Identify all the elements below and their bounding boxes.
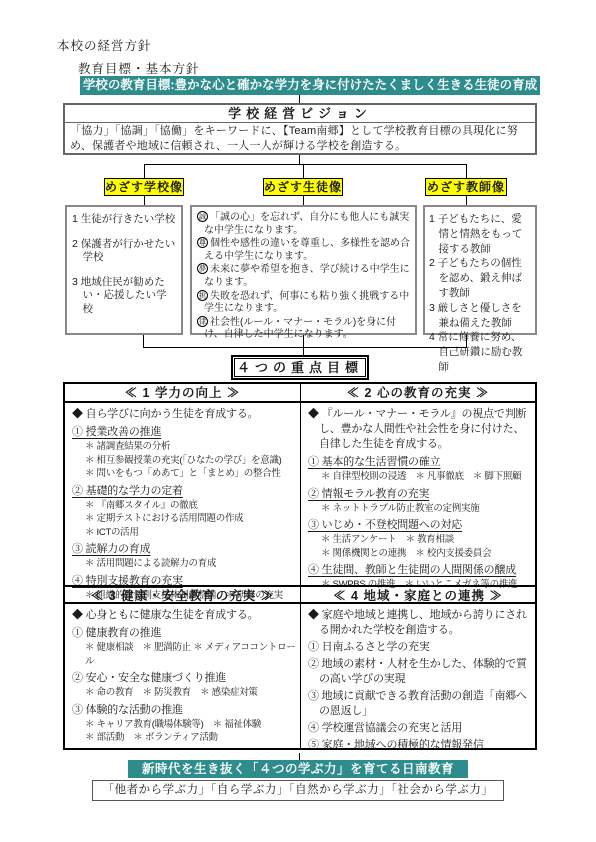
tag-school-image: めざす学校像 xyxy=(104,178,184,196)
goal-group: ③ 体験的な活動の推進 ＊ キャリア教育(職場体験等) ＊ 福祉体験 ＊ 部活動… xyxy=(72,703,296,745)
connector-line xyxy=(466,164,467,178)
goal-group-title: ② 情報モラル教育の充実 xyxy=(308,487,531,502)
goal-item: ② 地域の素材・人材を生かした、体験的で質の高い学びの実現 xyxy=(308,657,531,687)
goal-group: ① 健康教育の推進 ＊ 健康相談 ＊ 肥満防止 ＊ メディアココントロール xyxy=(72,626,296,668)
connector-line xyxy=(144,164,466,165)
connector-line xyxy=(303,196,304,205)
quadrant-4-community: ◆ 家庭や地域と連携し、地域から誇りにされる開かれた学校を創造する。 ① 日南ふ… xyxy=(300,604,535,748)
vision-body: 「協力」「協調」「協働」をキーワードに、【Team南郷】として学校教育目標の具現… xyxy=(65,123,535,155)
goal-sub-item: ＊ ICTの活用 xyxy=(72,526,296,540)
connector-line xyxy=(143,335,144,347)
goal-sub-item: ＊ 相互参観授業の充実(「ひなたの学び」を意識) xyxy=(72,454,296,468)
quadrant-lead: ◆ 家庭や地域と連携し、地域から誇りにされる開かれた学校を創造する。 xyxy=(308,608,531,638)
goal-sub-item: ＊ 健康相談 ＊ 肥満防止 ＊ メディアココントロール xyxy=(72,641,296,668)
goal-group-title: ③ いじめ・不登校問題への対応 xyxy=(308,518,531,533)
teacher-item: 3 厳しさと優しさを兼ね備えた教師 xyxy=(429,301,531,331)
goal-sub-item: ＊ 部活動 ＊ ボランティア活動 xyxy=(72,731,296,745)
student-item-text: 「誠の心」を忘れず、自分にも他人にも誠実な中学生になります。 xyxy=(204,212,409,236)
goal-item: ⑤ 家庭・地域への積極的な情報発信 xyxy=(308,738,531,753)
tag-teacher-image: めざす教師像 xyxy=(425,178,507,196)
student-item: 挑失敗を恐れず、何事にも粘り強く挑戦する中学生になります。 xyxy=(197,290,410,316)
goal-group: ③ いじめ・不登校問題への対応 ＊ 生活アンケート ＊ 教育相談 ＊ 関係機関と… xyxy=(308,518,531,560)
goal-sub-item: ＊ 定期テストにおける活用問題の作成 xyxy=(72,512,296,526)
quadrant-1-academic: ◆ 自ら学びに向かう生徒を育成する。 ① 授業改善の推進 ＊ 諸調査結果の分析 … xyxy=(65,403,300,585)
goal-sub-item: ＊ 自律型校則の浸透 ＊ 凡事徹底 ＊ 脚下照顧 xyxy=(308,470,531,484)
school-image-box: 1 生徒が行きたい学校 2 保護者が行かせたい学校 3 地域住民が勧めたい・応援… xyxy=(65,205,183,335)
student-item-text: 未来に夢や希望を抱き、学び続ける中学生になります。 xyxy=(204,264,410,288)
goal-sub-item: ＊ 諸調査結果の分析 xyxy=(72,440,296,454)
connector-line xyxy=(466,196,467,205)
doc-subtitle: 教育目標・基本方針 xyxy=(78,59,200,77)
teacher-image-box: 1 子どもたちに、愛情と情熱をもって接する教師 2 子どもたちの個性を認め、鍛え… xyxy=(423,205,537,335)
teacher-item: 2 子どもたちの個性を認め、鍛え伸ばす教師 xyxy=(429,256,531,300)
goal-group-title: ① 健康教育の推進 xyxy=(72,626,296,641)
policy-document-page: 本校の経営方針 教育目標・基本方針 学校の教育目標:豊かな心と確かな学力を身に付… xyxy=(0,0,596,842)
footer-box-row: 「他者から学ぶ力」「自ら学ぶ力」「自然から学ぶ力」「社会から学ぶ力」 xyxy=(0,780,596,801)
teacher-item: 4 常に修養に努め、自己研鑽に励む教師 xyxy=(429,330,531,374)
goal-group: ② 情報モラル教育の充実 ＊ ネットトラブル防止教室の定例実施 xyxy=(308,487,531,516)
quadrant-3-header: ≪ 3 健康・安全教育の充実 ≫ xyxy=(65,585,300,604)
goal-group: ① 授業改善の推進 ＊ 諸調査結果の分析 ＊ 相互参観授業の充実(「ひなたの学び… xyxy=(72,425,296,481)
quadrant-3-health: ◆ 心身ともに健康な生徒を育成する。 ① 健康教育の推進 ＊ 健康相談 ＊ 肥満… xyxy=(65,604,300,748)
circled-kanji-icon: 律 xyxy=(197,316,208,327)
school-item: 1 生徒が行きたい学校 xyxy=(72,213,176,227)
quadrant-lead: ◆ 心身ともに健康な生徒を育成する。 xyxy=(72,608,296,623)
goal-group-title: ② 基礎的な学力の定着 xyxy=(72,484,296,499)
goal-group: ③ 読解力の育成 ＊ 活用問題による読解力の育成 xyxy=(72,542,296,571)
goal-item: ③ 地域に貢献できる教育活動の創造「南郷への恩返し」 xyxy=(308,689,531,719)
goal-sub-item: ＊ ネットトラブル防止教室の定例実施 xyxy=(308,502,531,516)
connector-line xyxy=(144,164,145,178)
student-item: 尊個性や感性の違いを尊重し、多様性を認め合える中学生になります。 xyxy=(197,237,410,263)
goal-group-title: ③ 体験的な活動の推進 xyxy=(72,703,296,718)
student-item-text: 社会性(ルール・マナー・モラル)を身に付け、自律した中学生になります。 xyxy=(204,317,396,341)
goal-item: ① 日南ふるさと学の充実 xyxy=(308,640,531,655)
priority-goals-table: ≪ 1 学力の向上 ≫ ≪ 2 心の教育の充実 ≫ ◆ 自ら学びに向かう生徒を育… xyxy=(63,382,537,750)
student-item-text: 失敗を恐れず、何事にも粘り強く挑戦する中学生になります。 xyxy=(204,291,409,315)
quadrant-lead: ◆ 『ルール・マナー・モラル』の視点で判断し、豊かな人間性や社会性を身に付けた、… xyxy=(308,407,531,452)
doc-title: 本校の経営方針 xyxy=(57,36,152,54)
goal-group: ② 基礎的な学力の定着 ＊ 『南郷スタイル』の徹底 ＊ 定期テストにおける活用問… xyxy=(72,484,296,540)
vision-title: 学校経営ビジョン xyxy=(65,105,535,123)
goal-group-title: ④ 生徒間、教師と生徒間の人間関係の醸成 xyxy=(308,563,531,578)
goal-group: ② 安心・安全な健康づくり推進 ＊ 命の教育 ＊ 防災教育 ＊ 感染症対策 xyxy=(72,671,296,700)
goal-group: ① 基本的な生活習慣の確立 ＊ 自律型校則の浸透 ＊ 凡事徹底 ＊ 脚下照顧 xyxy=(308,455,531,484)
priority-goals-title: ４つの重点目標 xyxy=(234,358,366,377)
circled-kanji-icon: 誠 xyxy=(197,211,208,222)
goal-group-title: ① 授業改善の推進 xyxy=(72,425,296,440)
school-item: 3 地域住民が勧めたい・応援したい学校 xyxy=(72,276,176,317)
goal-sub-item: ＊ 『南郷スタイル』の徹底 xyxy=(72,499,296,513)
goal-sub-item: ＊ 命の教育 ＊ 防災教育 ＊ 感染症対策 xyxy=(72,686,296,700)
school-item: 2 保護者が行かせたい学校 xyxy=(72,238,176,265)
goal-item: ④ 学校運営協議会の充実と活用 xyxy=(308,721,531,736)
footer-banner-row: 新時代を生き抜く「４つの学ぶ力」を育てる日南教育 xyxy=(0,760,596,778)
goal-sub-item: ＊ 活用問題による読解力の育成 xyxy=(72,557,296,571)
vision-box: 学校経営ビジョン 「協力」「協調」「協働」をキーワードに、【Team南郷】として… xyxy=(63,103,537,155)
connector-line xyxy=(303,164,304,178)
quadrant-4-header: ≪ 4 地域・家庭との連携 ≫ xyxy=(300,585,535,604)
school-goal-banner: 学校の教育目標:豊かな心と確かな学力を身に付けたたくましく生きる生徒の育成 xyxy=(80,76,540,95)
circled-kanji-icon: 夢 xyxy=(197,263,208,274)
student-item-text: 個性や感性の違いを尊重し、多様性を認め合える中学生になります。 xyxy=(204,238,410,262)
goal-sub-item: ＊ キャリア教育(職場体験等) ＊ 福祉体験 xyxy=(72,718,296,732)
student-item: 夢未来に夢や希望を抱き、学び続ける中学生になります。 xyxy=(197,263,410,289)
connector-line xyxy=(299,155,300,164)
quadrant-2-header: ≪ 2 心の教育の充実 ≫ xyxy=(300,384,535,403)
quadrant-lead: ◆ 自ら学びに向かう生徒を育成する。 xyxy=(72,407,296,422)
goal-sub-item: ＊ 生活アンケート ＊ 教育相談 xyxy=(308,533,531,547)
teacher-item: 1 子どもたちに、愛情と情熱をもって接する教師 xyxy=(429,212,531,256)
goal-group-title: ② 安心・安全な健康づくり推進 xyxy=(72,671,296,686)
student-item: 誠「誠の心」を忘れず、自分にも他人にも誠実な中学生になります。 xyxy=(197,211,410,237)
footer-banner: 新時代を生き抜く「４つの学ぶ力」を育てる日南教育 xyxy=(128,760,468,778)
connector-line xyxy=(303,335,304,355)
student-image-box: 誠「誠の心」を忘れず、自分にも他人にも誠実な中学生になります。 尊個性や感性の違… xyxy=(190,205,417,335)
goal-group-title: ① 基本的な生活習慣の確立 xyxy=(308,455,531,470)
quadrant-1-header: ≪ 1 学力の向上 ≫ xyxy=(65,384,300,403)
priority-goals-title-box: ４つの重点目標 xyxy=(231,355,369,380)
circled-kanji-icon: 尊 xyxy=(197,237,208,248)
goal-sub-item: ＊ 問いをもつ「めあて」と「まとめ」の整合性 xyxy=(72,467,296,481)
footer-learning-powers-box: 「他者から学ぶ力」「自ら学ぶ力」「自然から学ぶ力」「社会から学ぶ力」 xyxy=(92,780,505,801)
connector-line xyxy=(299,95,300,103)
connector-line xyxy=(466,335,467,347)
connector-line xyxy=(143,347,467,348)
tag-student-image: めざす生徒像 xyxy=(263,178,343,196)
circled-kanji-icon: 挑 xyxy=(197,290,208,301)
connector-line xyxy=(144,196,145,205)
goal-group-title: ③ 読解力の育成 xyxy=(72,542,296,557)
goal-sub-item: ＊ 関係機関との連携 ＊ 校内支援委員会 xyxy=(308,547,531,561)
quadrant-2-heart: ◆ 『ルール・マナー・モラル』の視点で判断し、豊かな人間性や社会性を身に付けた、… xyxy=(300,403,535,585)
